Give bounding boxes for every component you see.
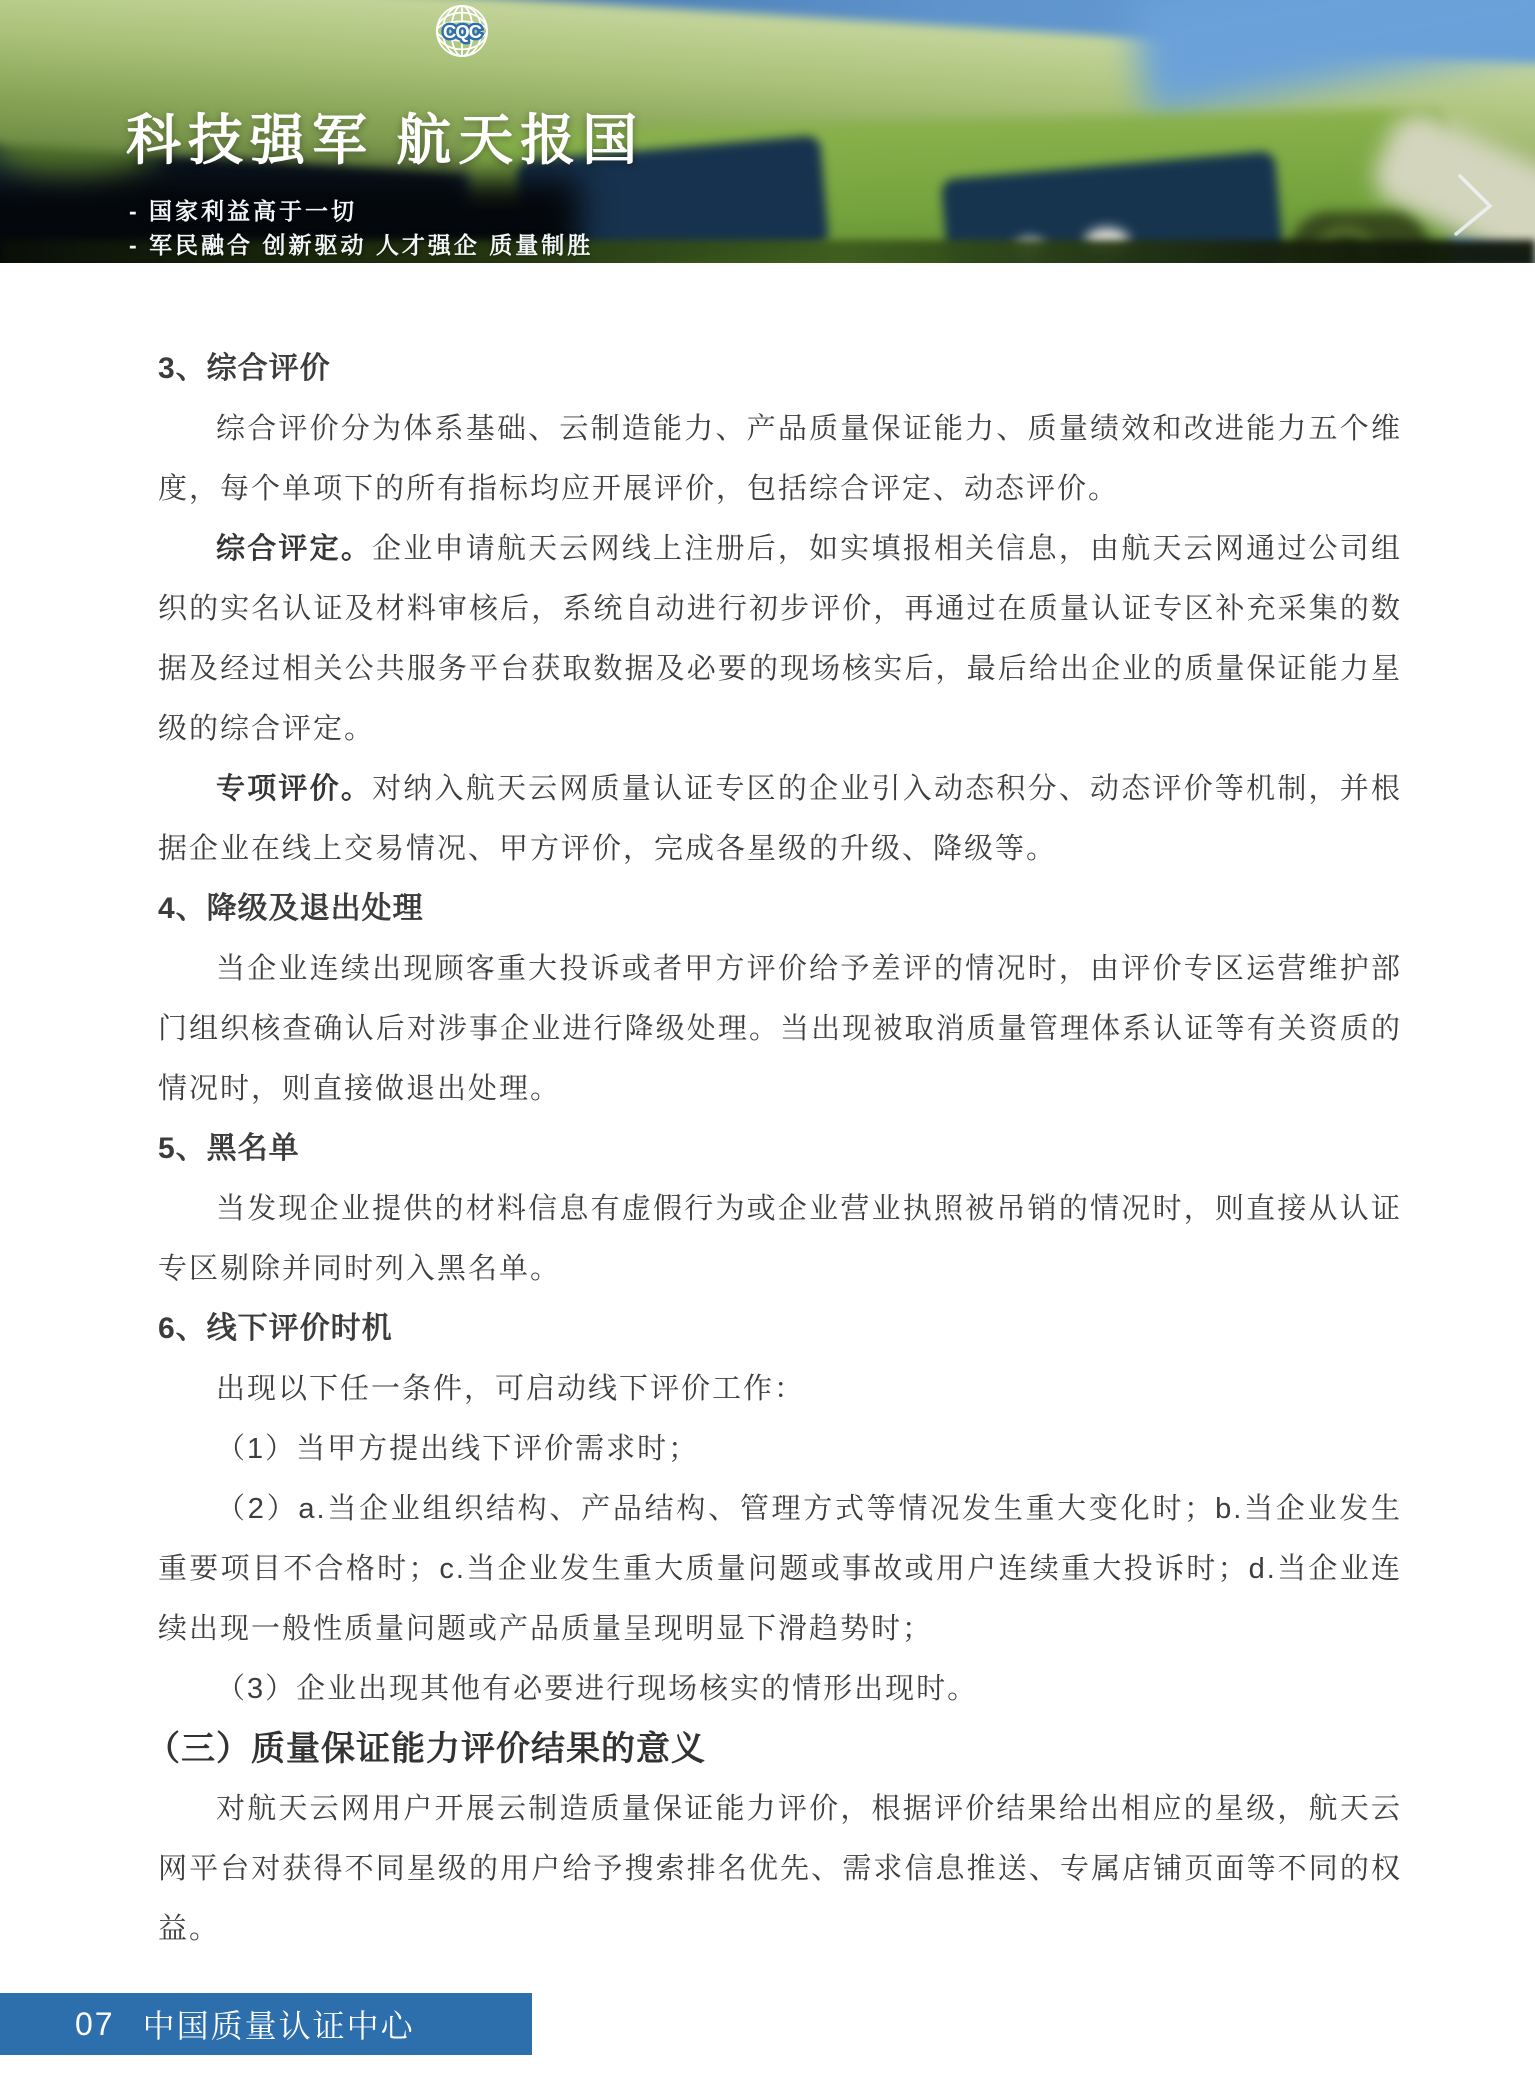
body-paragraph: 综合评价分为体系基础、云制造能力、产品质量保证能力、质量绩效和改进能力五个维度，… <box>158 399 1402 519</box>
section-heading-major: （三）质量保证能力评价结果的意义 <box>146 1719 1402 1779</box>
section-heading: 6、线下评价时机 <box>158 1299 1402 1359</box>
footer-bar: 07 中国质量认证中心 <box>0 1993 532 2055</box>
body-paragraph: 综合评定。企业申请航天云网线上注册后，如实填报相关信息，由航天云网通过公司组织的… <box>158 519 1402 759</box>
banner-title: 科技强军 航天报国 <box>126 96 644 175</box>
section-heading: 4、降级及退出处理 <box>158 879 1402 939</box>
cqc-logo-text: CQC <box>443 21 482 42</box>
body-paragraph: 当企业连续出现顾客重大投诉或者甲方评价给予差评的情况时，由评价专区运营维护部门组… <box>158 939 1402 1119</box>
page-number: 07 <box>75 2006 115 2043</box>
paragraph-lead: 综合评定。 <box>216 533 372 565</box>
body-paragraph: 出现以下任一条件，可启动线下评价工作： <box>158 1359 1402 1419</box>
body-paragraph: 当发现企业提供的材料信息有虚假行为或企业营业执照被吊销的情况时，则直接从认证专区… <box>158 1179 1402 1299</box>
body-paragraph: （1）当甲方提出线下评价需求时； <box>158 1419 1402 1479</box>
footer-org-name: 中国质量认证中心 <box>143 2001 415 2047</box>
document-body: 3、综合评价综合评价分为体系基础、云制造能力、产品质量保证能力、质量绩效和改进能… <box>158 263 1402 1959</box>
body-paragraph: （2）a.当企业组织结构、产品结构、管理方式等情况发生重大变化时；b.当企业发生… <box>158 1479 1402 1659</box>
cqc-globe-logo-icon: CQC <box>433 2 491 60</box>
paragraph-lead: 专项评价。 <box>216 773 372 805</box>
chevron-right-icon <box>1452 170 1498 240</box>
section-heading: 3、综合评价 <box>158 339 1402 399</box>
body-paragraph: （3）企业出现其他有必要进行现场核实的情形出现时。 <box>158 1659 1402 1719</box>
banner-slogan-2: - 军民融合 创新驱动 人才强企 质量制胜 <box>129 227 593 260</box>
body-paragraph: 专项评价。对纳入航天云网质量认证专区的企业引入动态积分、动态评价等机制，并根据企… <box>158 759 1402 879</box>
banner-slogan-1: - 国家利益高于一切 <box>129 193 357 226</box>
banner: 科技强军 航天报国 - 国家利益高于一切 - 军民融合 创新驱动 人才强企 质量… <box>0 0 1535 263</box>
page-root: 科技强军 航天报国 - 国家利益高于一切 - 军民融合 创新驱动 人才强企 质量… <box>0 0 1535 2097</box>
body-paragraph: 对航天云网用户开展云制造质量保证能力评价，根据评价结果给出相应的星级，航天云网平… <box>158 1779 1402 1959</box>
section-heading: 5、黑名单 <box>158 1119 1402 1179</box>
